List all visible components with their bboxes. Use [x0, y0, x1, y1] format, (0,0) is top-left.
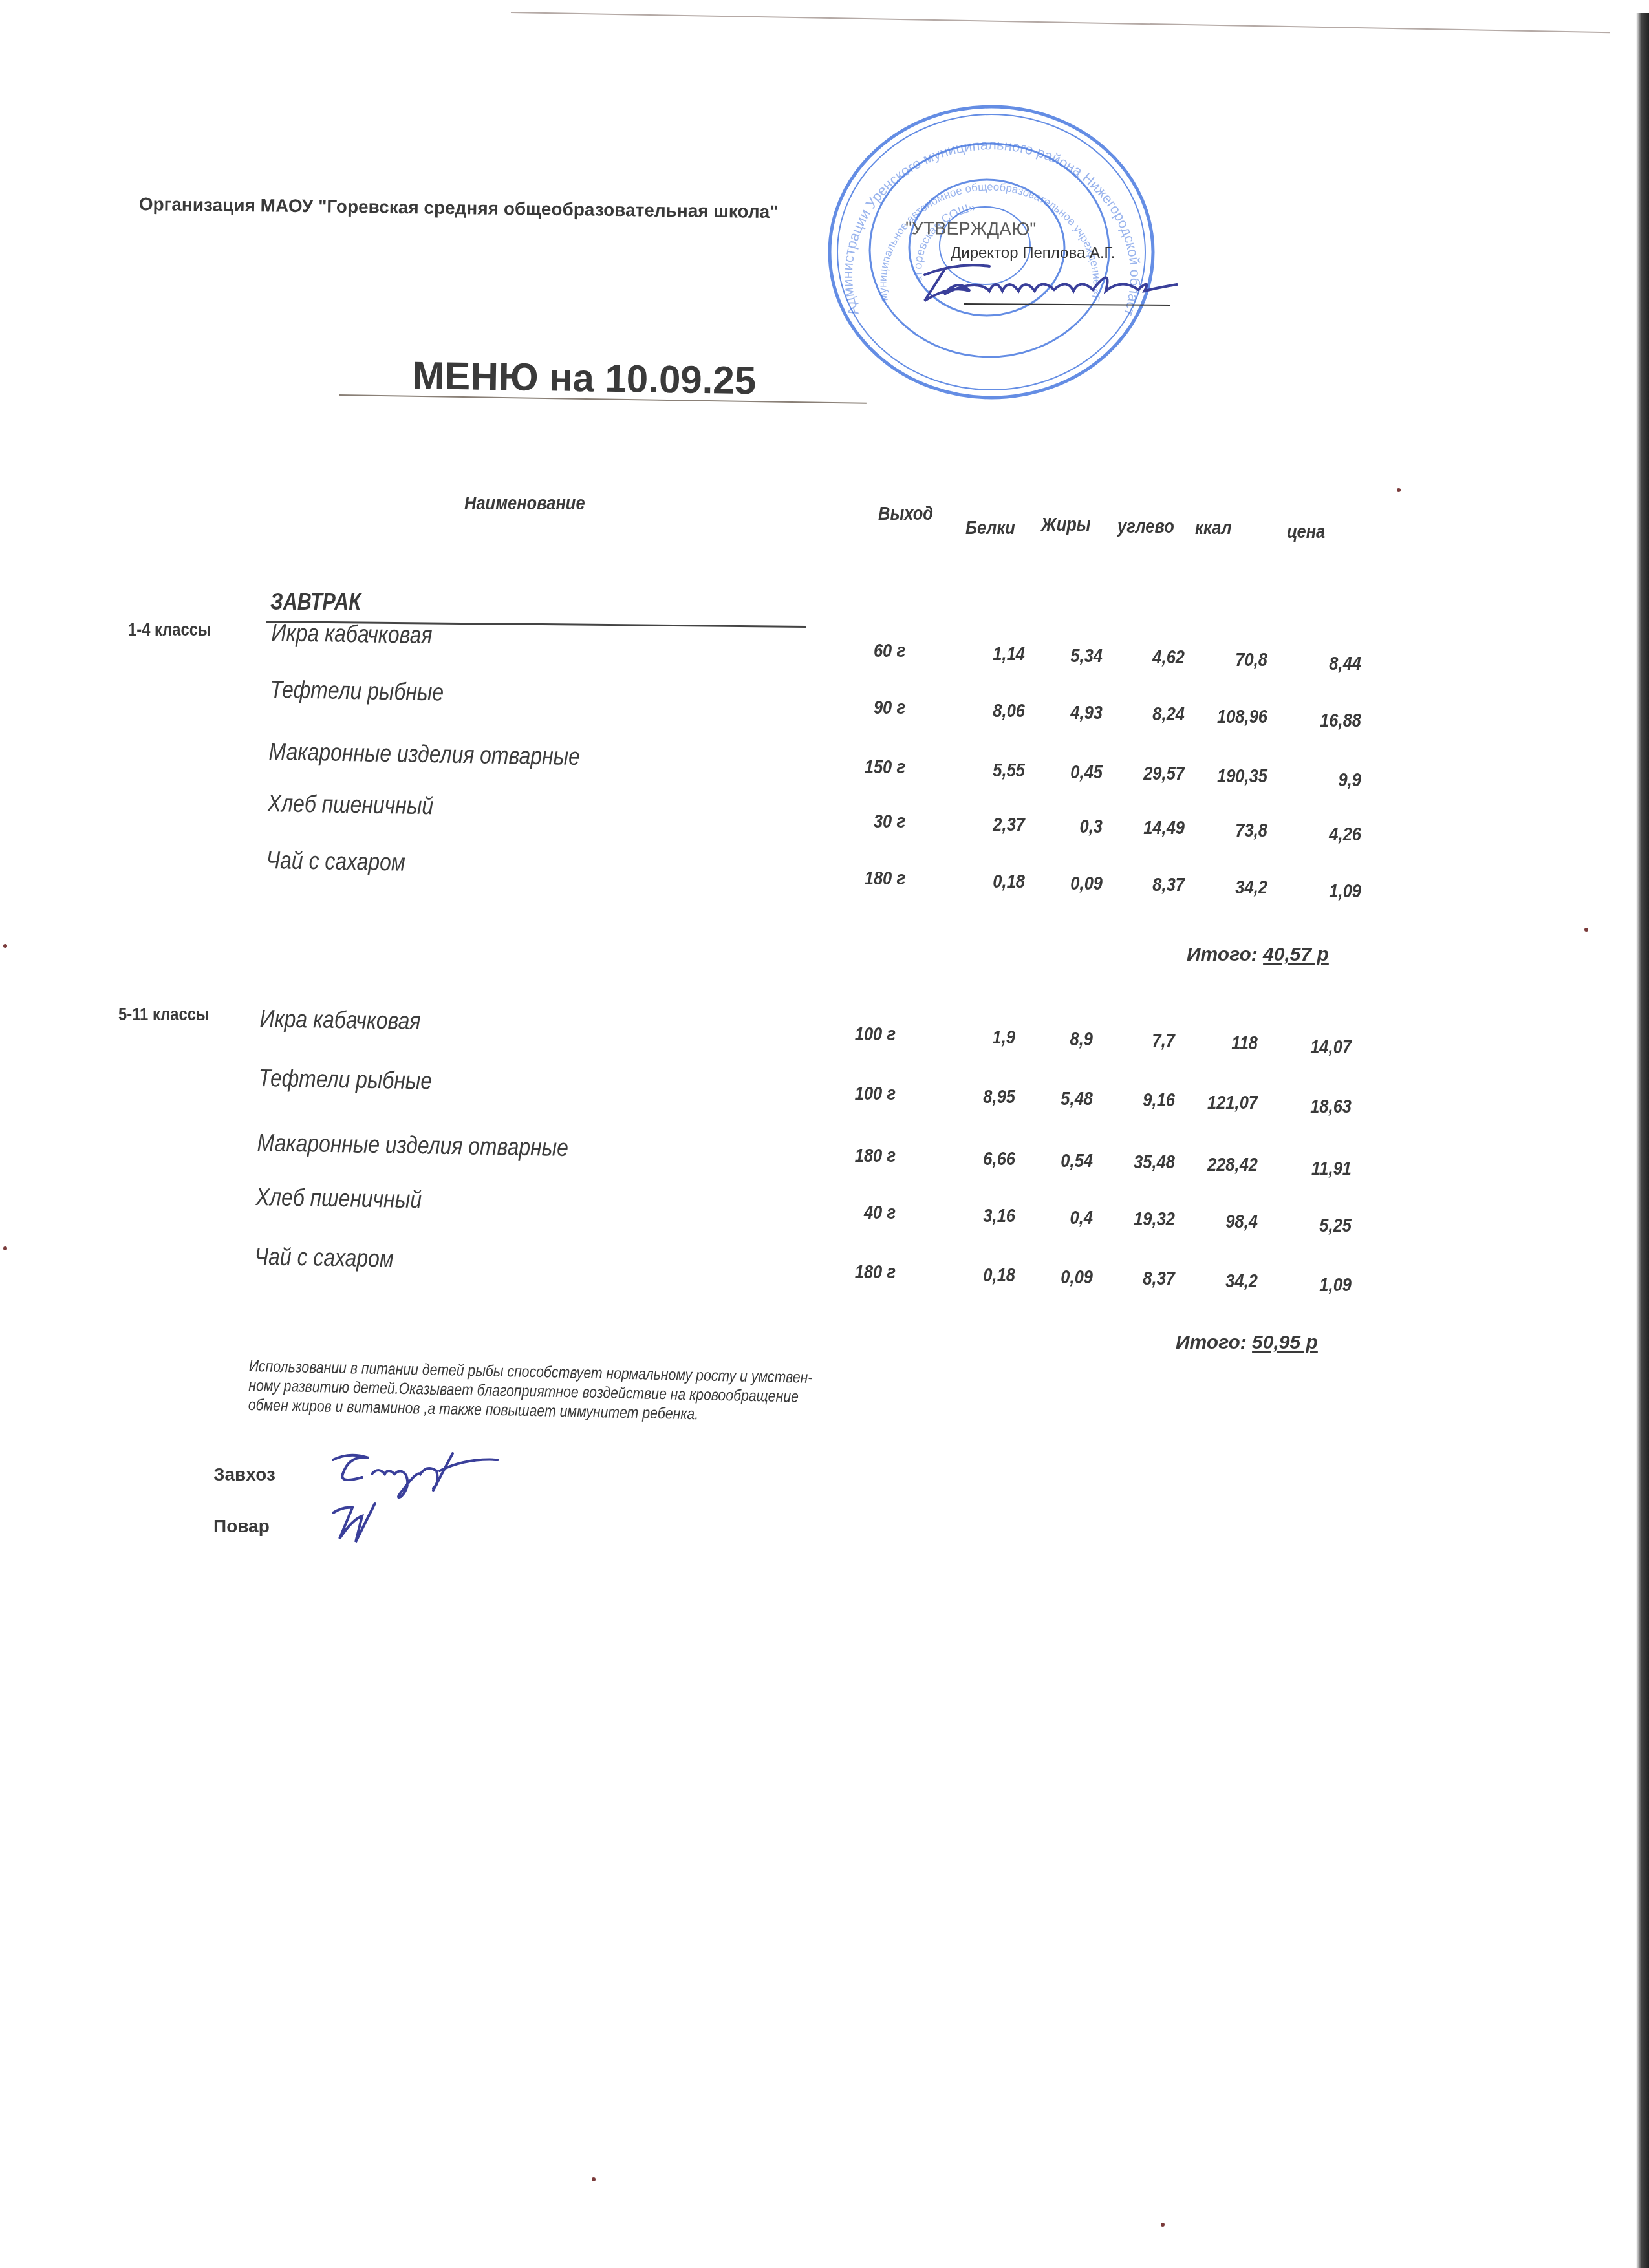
dish-name: Макаронные изделия отварные: [257, 1129, 568, 1162]
cell-output: 30 г: [795, 811, 905, 833]
approval-label: "УТВЕРЖДАЮ": [905, 218, 1037, 240]
cell-output: 40 г: [786, 1202, 896, 1224]
dish-name: Икра кабачковая: [259, 1005, 420, 1036]
column-header-kcal: ккал: [1195, 517, 1232, 539]
column-header-name: Наименование: [464, 493, 585, 515]
cell-price: 9,9: [1251, 769, 1361, 791]
cell-output: 100 г: [786, 1023, 896, 1045]
group-total: Итого: 50,95 р: [1176, 1332, 1318, 1354]
group-total: Итого: 40,57 р: [1187, 944, 1329, 966]
dish-name: Хлеб пшеничный: [267, 790, 433, 820]
class-group-label: 1-4 классы: [128, 619, 211, 640]
cell-price: 18,63: [1242, 1096, 1352, 1118]
cell-price: 5,25: [1242, 1215, 1352, 1237]
director-signature-icon: [899, 259, 1190, 310]
cell-price: 1,09: [1251, 881, 1361, 903]
cell-output: 100 г: [786, 1083, 896, 1105]
dish-name: Чай с сахаром: [254, 1243, 394, 1274]
column-header-carbs: углево: [1117, 516, 1174, 538]
supply-manager-signature-icon: [323, 1448, 530, 1506]
meal-heading: ЗАВТРАК: [270, 588, 361, 615]
dish-name: Икра кабачковая: [271, 619, 432, 650]
dish-name: Тефтели рыбные: [258, 1065, 432, 1095]
page-title: МЕНЮ на 10.09.25: [412, 353, 757, 403]
total-label: Итого:: [1176, 1332, 1247, 1353]
total-label: Итого:: [1187, 944, 1258, 965]
dish-name: Макаронные изделия отварные: [268, 738, 580, 771]
column-header-price: цена: [1287, 521, 1325, 543]
column-header-protein: Белки: [965, 517, 1015, 539]
scan-speck: [3, 944, 7, 948]
scan-speck: [1161, 2223, 1165, 2227]
scan-page-edge: [1636, 13, 1649, 2268]
scan-edge-line: [511, 12, 1610, 33]
cell-output: 150 г: [795, 756, 905, 778]
organization-name: Организация МАОУ "Горевская средняя обще…: [139, 194, 779, 222]
dish-name: Тефтели рыбные: [270, 676, 444, 707]
cell-output: 180 г: [786, 1261, 896, 1283]
cell-price: 1,09: [1242, 1274, 1352, 1296]
cell-output: 180 г: [786, 1145, 896, 1167]
cell-price: 11,91: [1242, 1158, 1352, 1180]
total-value: 40,57 р: [1263, 944, 1329, 965]
column-header-output: Выход: [878, 503, 933, 525]
scan-speck: [1584, 928, 1588, 932]
column-header-fat: Жиры: [1041, 514, 1091, 536]
scan-speck: [3, 1246, 7, 1250]
scan-speck: [1397, 488, 1401, 492]
cell-output: 90 г: [795, 697, 905, 719]
dish-name: Хлеб пшеничный: [255, 1184, 422, 1214]
cell-price: 4,26: [1251, 824, 1361, 846]
scan-speck: [592, 2177, 596, 2181]
cell-price: 8,44: [1251, 653, 1361, 675]
cook-signature-icon: [327, 1500, 391, 1552]
total-value: 50,95 р: [1252, 1332, 1318, 1353]
cell-output: 60 г: [795, 640, 905, 662]
dish-name: Чай с сахаром: [266, 847, 405, 877]
cell-output: 180 г: [795, 868, 905, 890]
cell-price: 16,88: [1251, 710, 1361, 732]
health-note: Использовании в питании детей рыбы спосо…: [248, 1356, 909, 1428]
class-group-label: 5-11 классы: [118, 1004, 209, 1025]
cell-price: 14,07: [1242, 1036, 1352, 1058]
supply-manager-label: Завхоз: [213, 1464, 275, 1485]
cook-label: Повар: [213, 1516, 270, 1537]
